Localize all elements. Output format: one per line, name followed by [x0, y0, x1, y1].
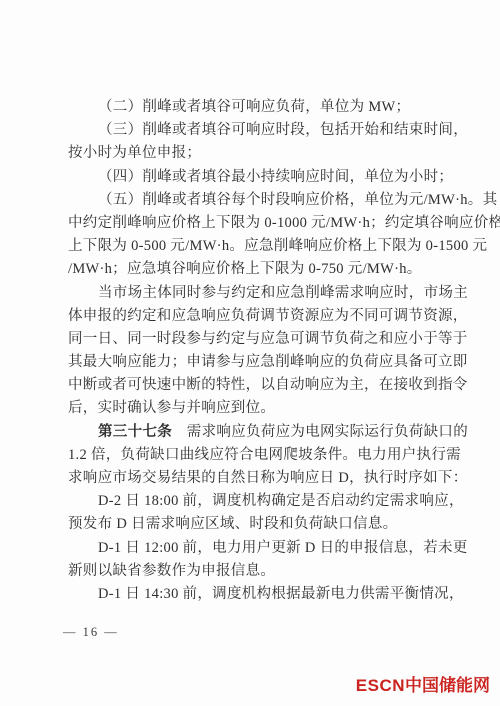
text-line: 1.2 倍，负荷缺口曲线应符合电网爬坡条件。电力用户执行需	[68, 444, 443, 467]
text-line: D-2 日 18:00 前，调度机构确定是否启动约定需求响应，	[68, 490, 443, 513]
text-line: 当市场主体同时参与约定和应急削峰需求响应时，市场主	[68, 282, 443, 305]
text-line: 中断或者可快速中断的特性，以自动响应为主，在接收到指令	[68, 374, 443, 397]
escn-logo-cn: 中国储能网	[405, 676, 490, 695]
text-line: 同一日、同一时段参与约定与应急可调节负荷之和应小于等于	[68, 328, 443, 351]
text-line: 求响应市场交易结果的自然日称为响应日 D，执行时序如下：	[68, 467, 443, 490]
text-line: D-1 日 12:00 前，电力用户更新 D 日的申报信息，若未更	[68, 537, 443, 560]
text-line: /MW·h；应急填谷响应价格上下限为 0-750 元/MW·h。	[68, 258, 443, 281]
text-line: 新则以缺省参数作为申报信息。	[68, 560, 443, 583]
text-line: D-1 日 14:30 前，调度机构根据最新电力供需平衡情况，	[68, 583, 443, 606]
text-line: 体申报的约定和应急响应负荷调节资源应为不同可调节资源，	[68, 305, 443, 328]
document-page: （二）削峰或者填谷可响应负荷，单位为 MW；（三）削峰或者填谷可响应时段，包括开…	[0, 0, 500, 706]
text-line: 预发布 D 日需求响应区域、时段和负荷缺口信息。	[68, 513, 443, 536]
text-line: 中约定削峰响应价格上下限为 0-1000 元/MW·h；约定填谷响应价格	[68, 212, 443, 235]
document-lines: （二）削峰或者填谷可响应负荷，单位为 MW；（三）削峰或者填谷可响应时段，包括开…	[68, 96, 443, 606]
text-line: 上下限为 0-500 元/MW·h。应急削峰响应价格上下限为 0-1500 元	[68, 235, 443, 258]
text-line: （三）削峰或者填谷可响应时段，包括开始和结束时间，	[68, 119, 443, 142]
text-line: 按小时为单位申报；	[68, 142, 443, 165]
text-line: 后，实时确认参与并响应到位。	[68, 397, 443, 420]
text-line: （五）削峰或者填谷每个时段响应价格，单位为元/MW·h。其	[68, 189, 443, 212]
escn-logo: ESCN中国储能网	[356, 676, 490, 696]
text-line: 第三十七条 需求响应负荷应为电网实际运行负荷缺口的	[68, 421, 443, 444]
text-line: （四）削峰或者填谷最小持续响应时间，单位为小时；	[68, 166, 443, 189]
page-number: — 16 —	[63, 625, 119, 640]
escn-logo-en: ESCN	[356, 676, 405, 695]
text-line: 其最大响应能力；申请参与应急削峰响应的负荷应具备可立即	[68, 351, 443, 374]
text-line: （二）削峰或者填谷可响应负荷，单位为 MW；	[68, 96, 443, 119]
article-number: 第三十七条	[98, 424, 172, 440]
